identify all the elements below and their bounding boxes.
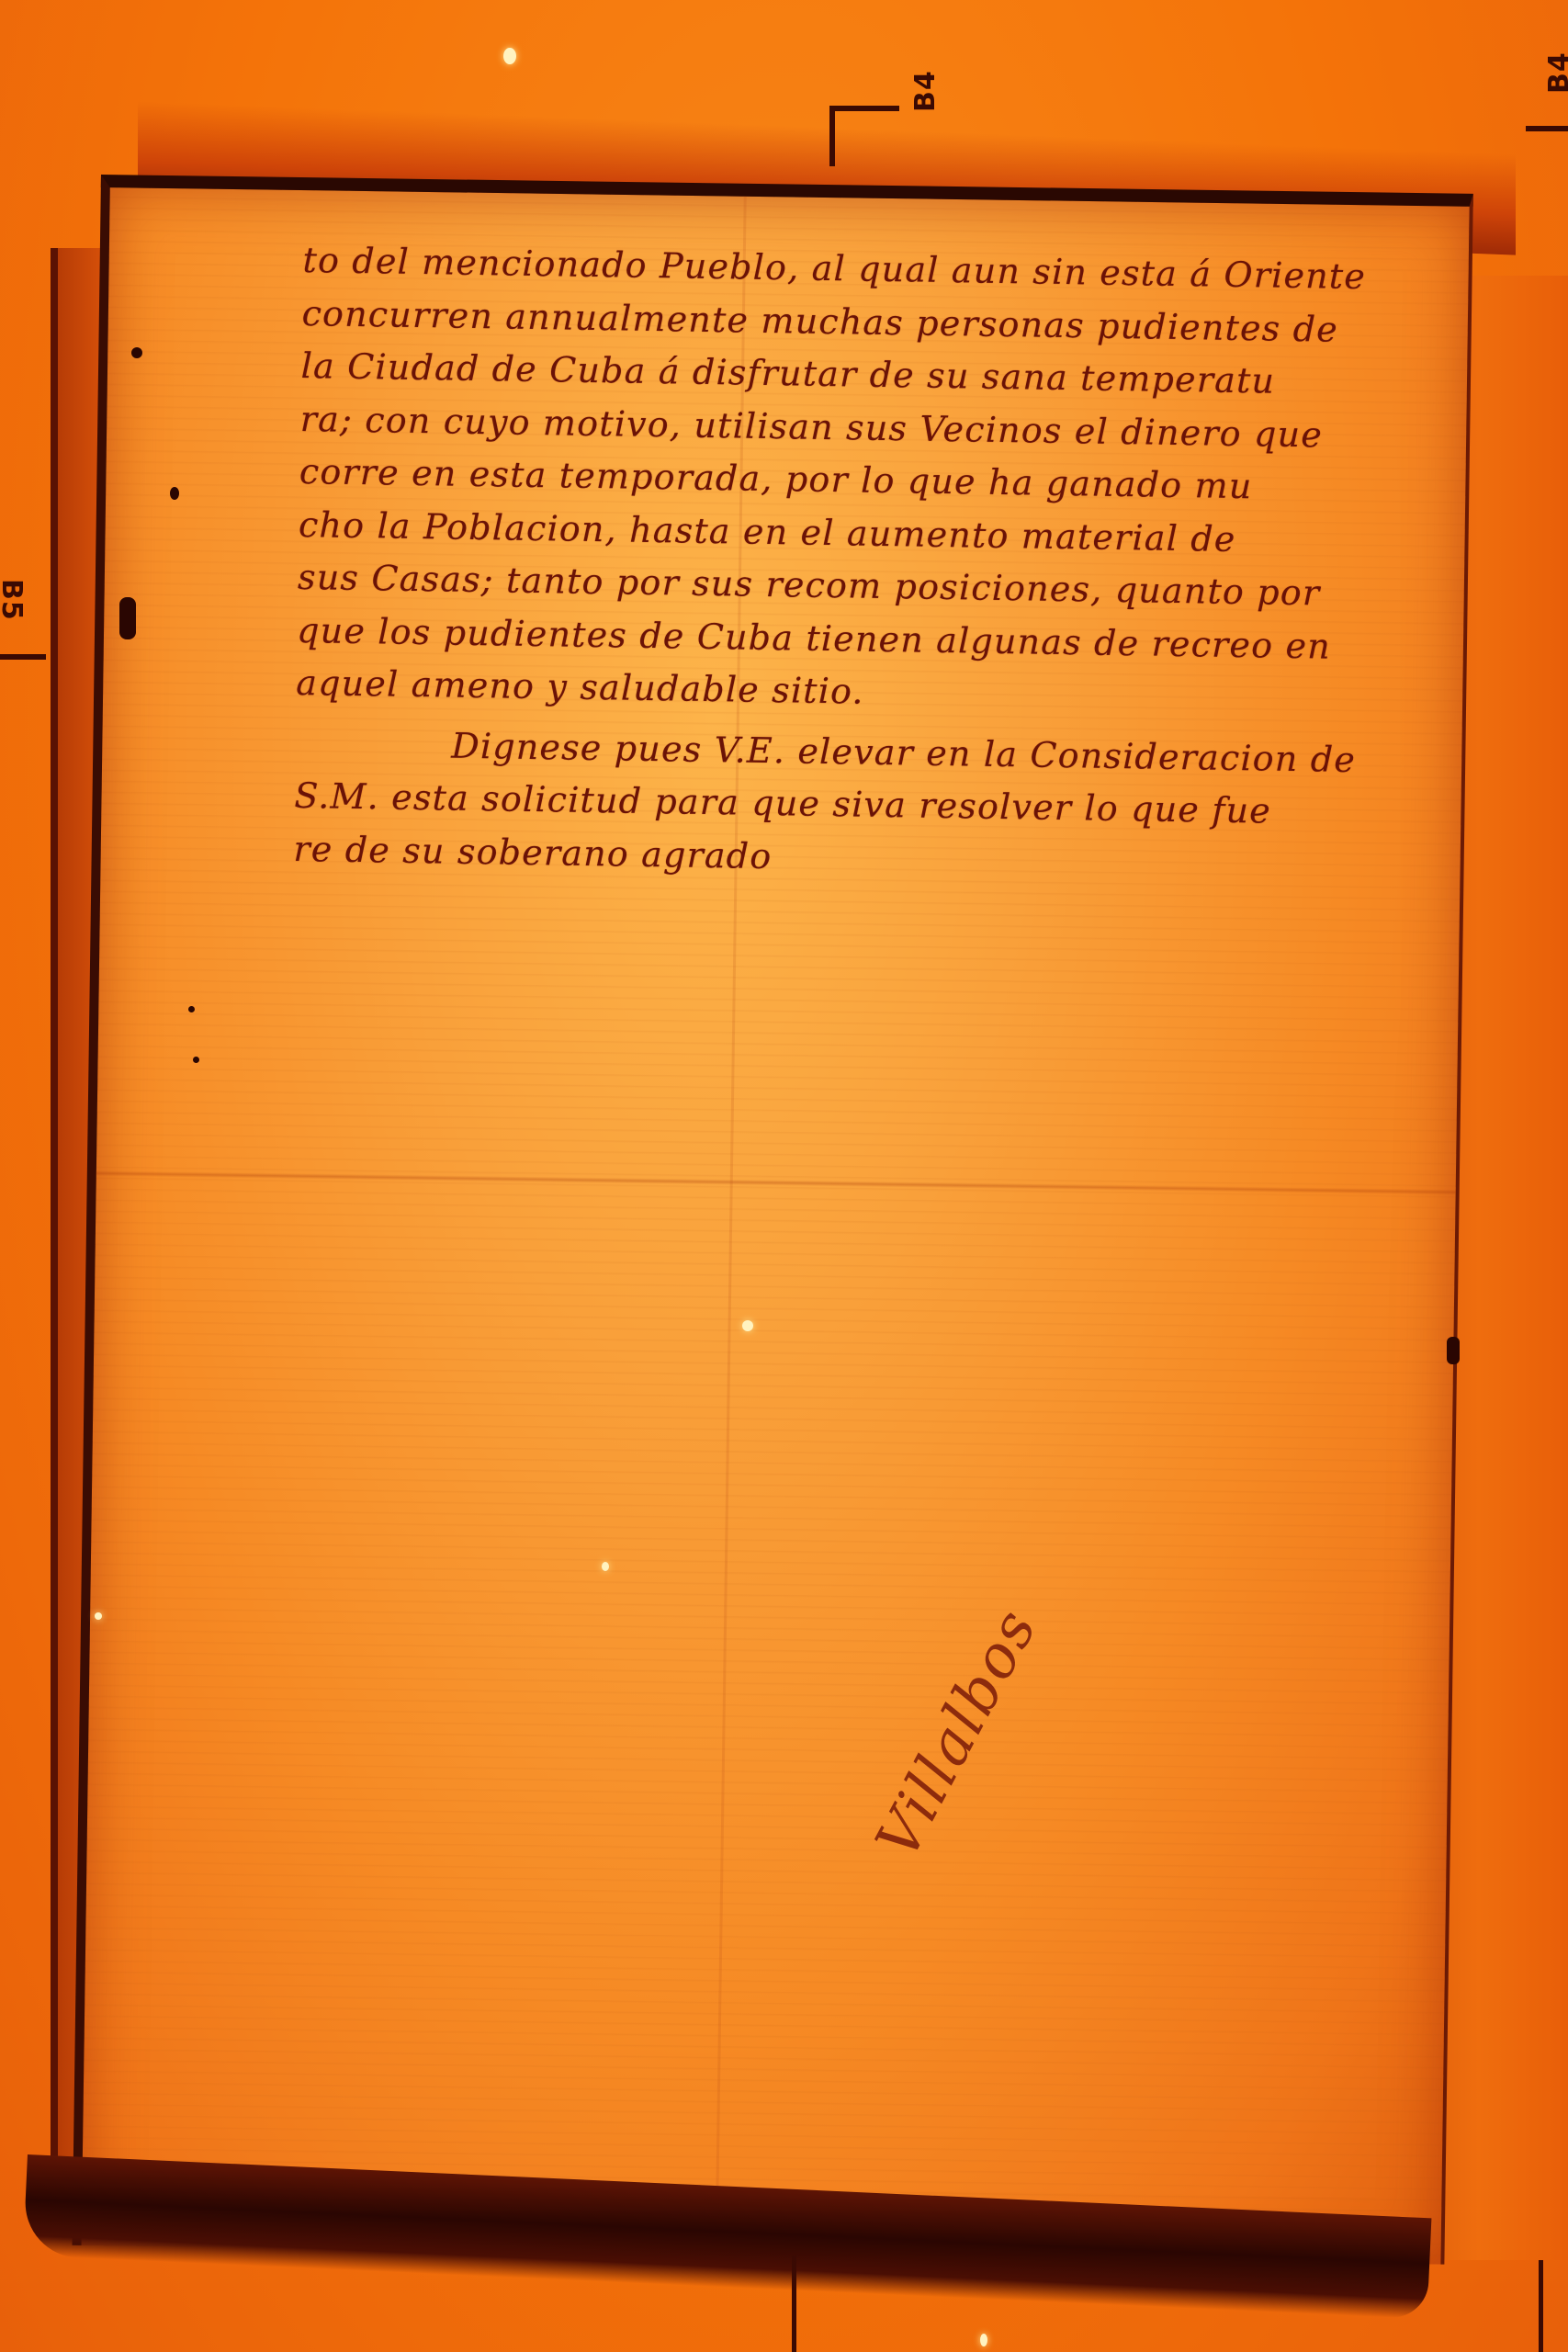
light-reflection	[95, 1612, 102, 1620]
binding-hole	[131, 347, 142, 358]
marker-bracket-top-right	[1526, 126, 1568, 137]
marker-bracket-left	[0, 654, 46, 665]
horizontal-fold-crease	[96, 1170, 1456, 1195]
binding-hole	[193, 1057, 199, 1063]
light-reflection	[602, 1562, 609, 1571]
marker-bracket-bottom-center	[792, 2256, 833, 2352]
binding-hole	[119, 597, 136, 639]
light-reflection	[980, 2334, 987, 2346]
light-reflection	[742, 1320, 753, 1331]
marker-bracket-bottom-right	[1539, 2260, 1568, 2352]
marker-bracket-top-center	[829, 106, 899, 166]
binding-hole	[170, 487, 179, 500]
ink-blot	[1447, 1337, 1460, 1364]
marker-top-right: B4	[1543, 51, 1568, 94]
marker-top-center: B4	[909, 70, 942, 112]
binding-hole	[188, 1006, 195, 1012]
marker-left-side: B5	[0, 579, 28, 621]
light-reflection	[503, 48, 516, 64]
manuscript-text: to del mencionado Pueblo, al qual aun si…	[293, 234, 1525, 895]
